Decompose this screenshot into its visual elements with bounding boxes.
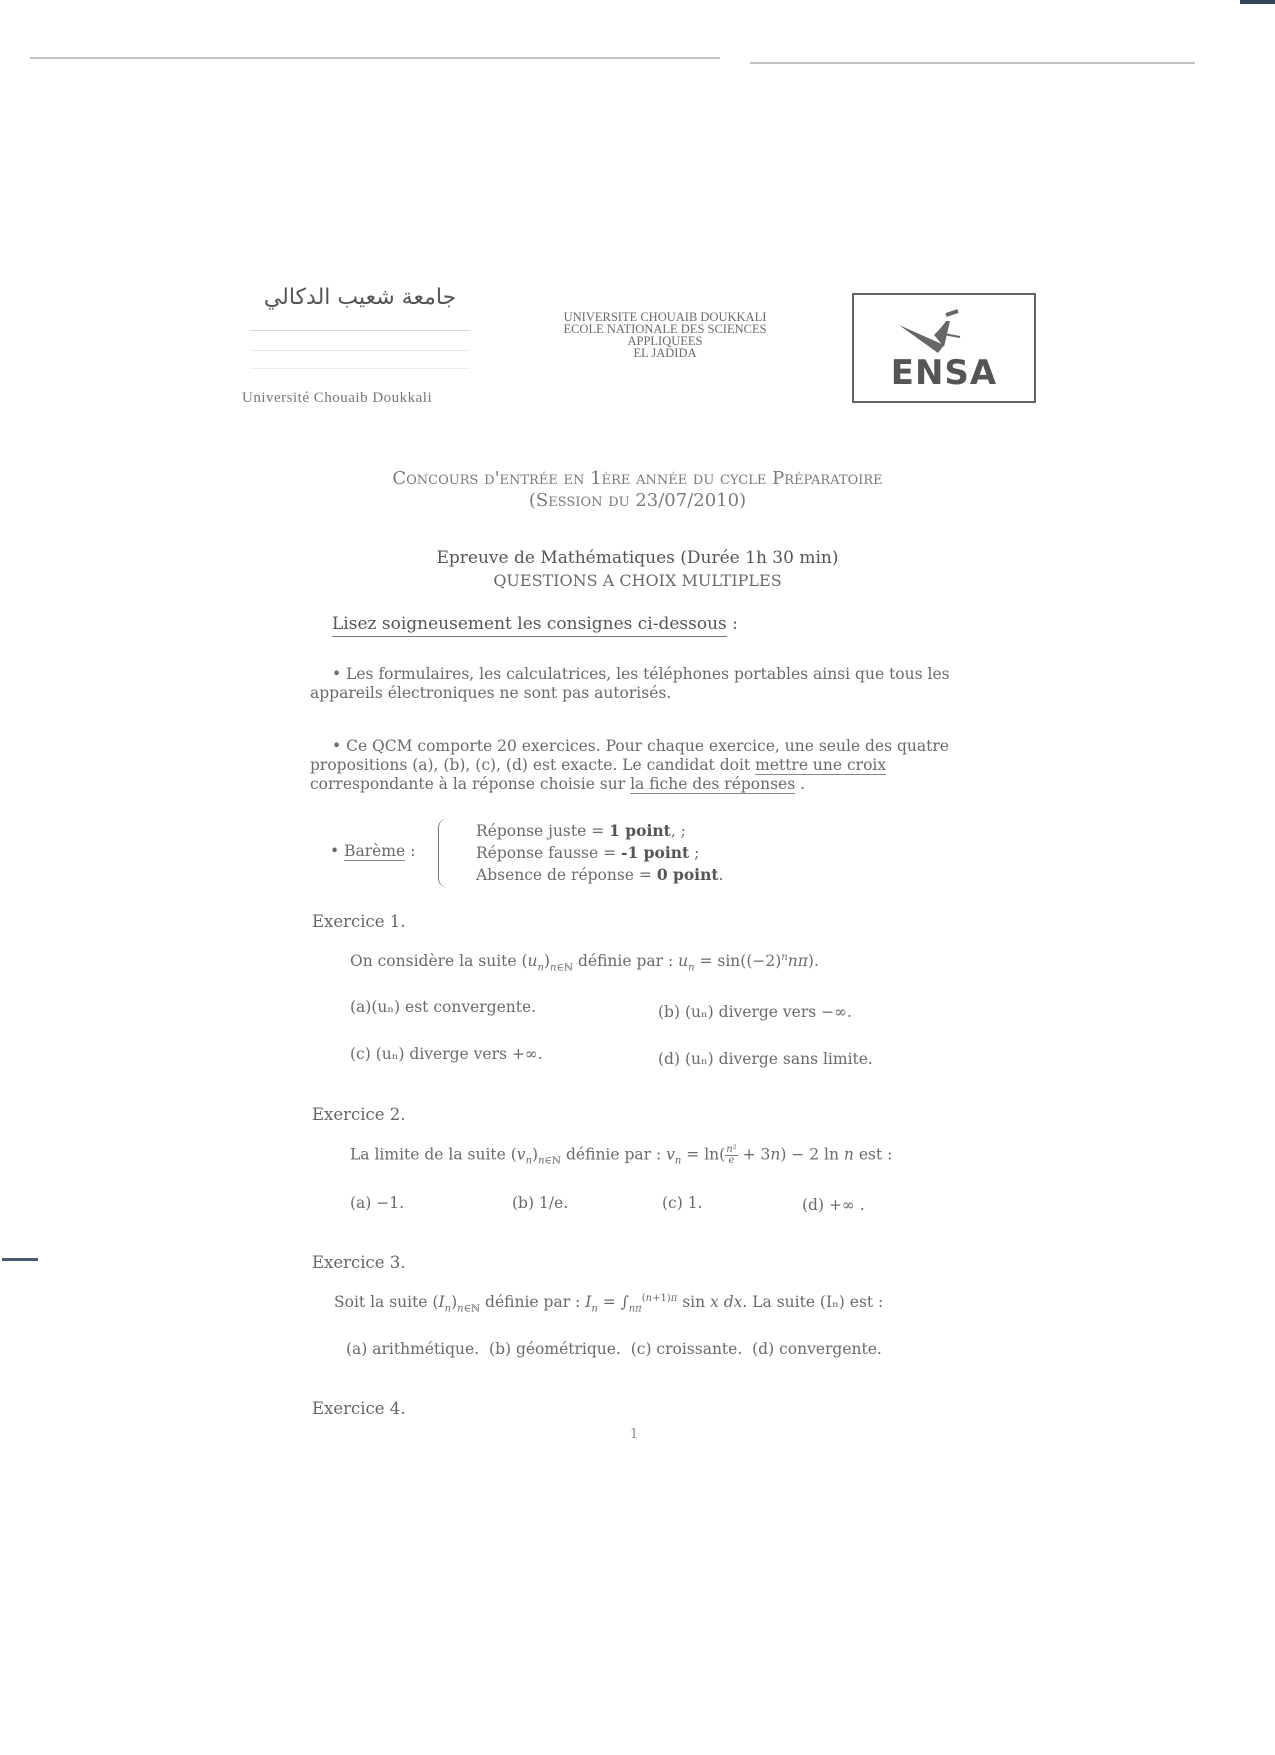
- underlined-text: mettre une croix: [755, 756, 886, 775]
- scan-artifact-top-right: [750, 62, 1195, 64]
- instructions-heading: Lisez soigneusement les consignes ci-des…: [332, 614, 738, 634]
- exercise-2-option-c: (c) 1.: [662, 1194, 703, 1212]
- faint-line: [250, 350, 470, 351]
- instruction-bullet-2: • Ce QCM comporte 20 exercices. Pour cha…: [310, 737, 980, 794]
- scan-artifact-left-mark: [2, 1258, 38, 1261]
- university-arabic-name: جامعة شعيب الدكالي: [240, 285, 480, 310]
- bareme-line: Absence de réponse = 0 point.: [476, 864, 723, 886]
- page-number: 1: [630, 1427, 638, 1442]
- institution-block: UNIVERSITE CHOUAIB DOUKKALI ECOLE NATION…: [530, 311, 800, 359]
- exercise-2-statement: La limite de la suite (vn)n∈ℕ définie pa…: [350, 1145, 892, 1167]
- exam-title: Epreuve de Mathématiques (Durée 1h 30 mi…: [0, 548, 1275, 568]
- exercise-2-title: Exercice 2.: [312, 1105, 406, 1124]
- instructions-heading-text: Lisez soigneusement les consignes ci-des…: [332, 614, 727, 637]
- exercise-3-title: Exercice 3.: [312, 1253, 406, 1272]
- heading-colon: :: [727, 614, 738, 634]
- bareme-line: Réponse fausse = -1 point ;: [476, 842, 723, 864]
- exercise-3-options: (a) arithmétique. (b) géométrique. (c) c…: [346, 1340, 882, 1358]
- exercise-3-statement: Soit la suite (In)n∈ℕ définie par : In =…: [334, 1293, 883, 1314]
- exercise-1-statement: On considère la suite (un)n∈ℕ définie pa…: [350, 952, 819, 973]
- scan-artifact-top-left: [30, 57, 720, 59]
- exercise-2-option-d: (d) +∞ .: [802, 1196, 865, 1214]
- exercise-1-title: Exercice 1.: [312, 912, 406, 931]
- exercise-2-option-a: (a) −1.: [350, 1194, 404, 1212]
- institution-line: EL JADIDA: [530, 347, 800, 359]
- exercise-1-option-d: (d) (uₙ) diverge sans limite.: [658, 1050, 873, 1068]
- brace-icon: [438, 818, 449, 888]
- bullet-text: Les formulaires, les calculatrices, les …: [310, 665, 950, 702]
- exercise-1-option-a: (a)(uₙ) est convergente.: [350, 998, 536, 1016]
- bareme-lines: Réponse juste = 1 point, ; Réponse fauss…: [476, 820, 723, 886]
- bareme-line: Réponse juste = 1 point, ;: [476, 820, 723, 842]
- exercise-3-option-d: (d) convergente.: [752, 1340, 882, 1358]
- exam-type: QUESTIONS A CHOIX MULTIPLES: [0, 571, 1275, 590]
- concours-title: Concours d'entrée en 1ère année du cycle…: [0, 468, 1275, 489]
- university-latin-name: Université Chouaib Doukkali: [242, 390, 432, 407]
- scan-artifact-corner: [1240, 0, 1275, 4]
- exercise-3-option-c: (c) croissante.: [631, 1340, 743, 1358]
- bullet-icon: •: [310, 737, 341, 755]
- bareme-label-text: Barème: [344, 842, 405, 861]
- exercise-3-option-b: (b) géométrique.: [489, 1340, 621, 1358]
- exercise-1-option-c: (c) (uₙ) diverge vers +∞.: [350, 1045, 543, 1063]
- logo-text: ENSA: [854, 353, 1034, 393]
- bullet-icon: •: [310, 665, 341, 683]
- bareme-label: • Barème :: [330, 842, 415, 860]
- faint-line: [250, 330, 470, 331]
- underlined-text: la fiche des réponses: [630, 775, 795, 794]
- session-date: (Session du 23/07/2010): [0, 490, 1275, 511]
- instruction-bullet-1: • Les formulaires, les calculatrices, le…: [310, 665, 980, 703]
- bullet-text: .: [795, 775, 805, 793]
- exercise-4-title: Exercice 4.: [312, 1399, 406, 1418]
- ensa-logo: ENSA: [852, 293, 1036, 403]
- exercise-3-option-a: (a) arithmétique.: [346, 1340, 479, 1358]
- bullet-text: correspondante à la réponse choisie sur: [310, 775, 630, 793]
- bullet-icon: •: [330, 842, 339, 860]
- faint-line: [250, 368, 470, 369]
- exercise-1-option-b: (b) (uₙ) diverge vers −∞.: [658, 1003, 852, 1021]
- exercise-2-option-b: (b) 1/e.: [512, 1194, 568, 1212]
